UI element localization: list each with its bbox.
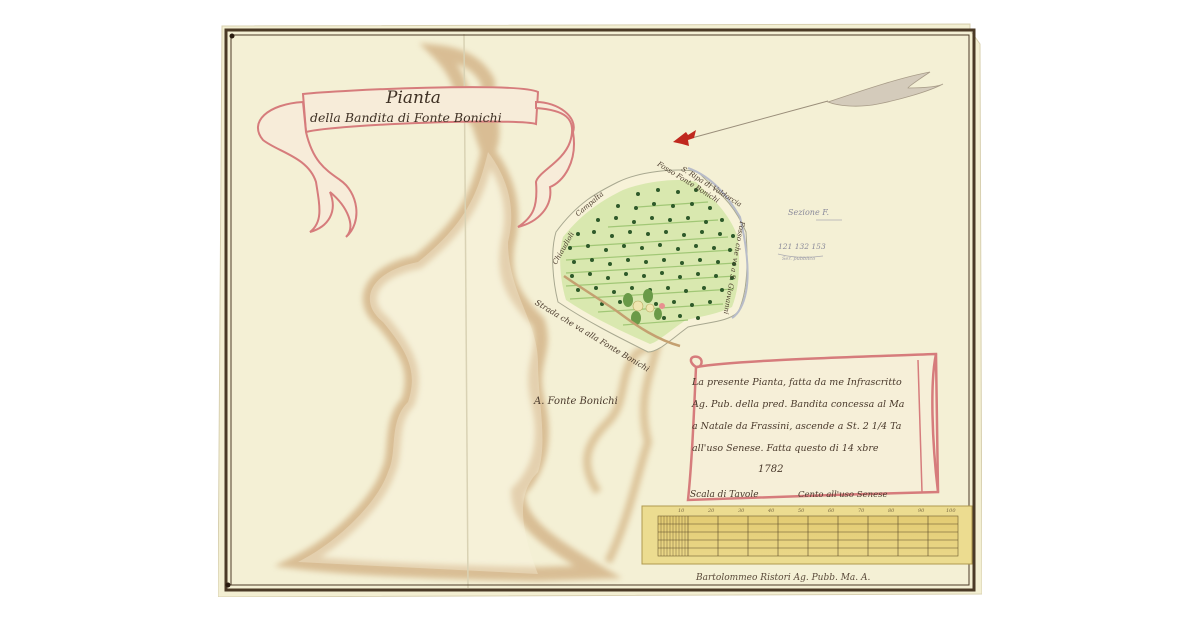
archive-note-line-2: 121 132 153: [778, 242, 826, 251]
scale-tick: 70: [858, 508, 864, 514]
cartouche-line-2: Ag. Pub. della pred. Bandita concessa al…: [692, 394, 922, 416]
location-label: A. Fonte Bonichi: [534, 396, 618, 407]
archive-note-line-1: Sezione F.: [788, 208, 829, 217]
scale-tick: 40: [768, 508, 774, 514]
map-subtitle: della Bandita di Fonte Bonichi: [310, 110, 502, 125]
scale-tick: 80: [888, 508, 894, 514]
cartouche-date: 1782: [758, 460, 922, 480]
scale-tick: 60: [828, 508, 834, 514]
cartouche-line-1: La presente Pianta, fatta da me Infrascr…: [692, 372, 922, 394]
scale-tick: 10: [678, 508, 684, 514]
map-sheet: Pianta della Bandita di Fonte Bonichi A.…: [218, 22, 982, 597]
cartouche-line-3: a Natale da Frassini, ascende a St. 2 1/…: [692, 416, 922, 438]
surveyor-signature: Bartolommeo Ristori Ag. Pubb. Ma. A.: [696, 573, 870, 583]
scale-tick: 50: [798, 508, 804, 514]
scale-ticks: 10 20 30 40 50 60 70 80 90 100: [670, 508, 970, 516]
scale-tick: 90: [918, 508, 924, 514]
scale-tick: 30: [738, 508, 744, 514]
cartouche-line-4: all'uso Senese. Fatta questo di 14 xbre: [692, 438, 922, 460]
scale-tick: 20: [708, 508, 714, 514]
map-title: Pianta: [386, 88, 441, 108]
scale-label-right: Cento all'uso Senese: [798, 490, 888, 500]
cartouche-text: La presente Pianta, fatta da me Infrascr…: [692, 372, 922, 480]
archive-note-line-3: Ser. pubblico: [782, 256, 815, 262]
scale-tick: 100: [946, 508, 956, 514]
scale-label: Scala di Tavole: [690, 490, 759, 500]
